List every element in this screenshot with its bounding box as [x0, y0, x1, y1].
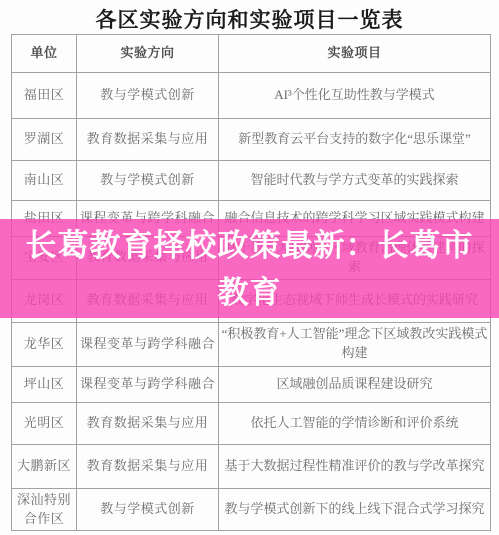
cell-unit: 坪山区: [12, 366, 77, 402]
cell-project: 基于大数据过程性精准评价的教与学改革探究: [219, 444, 491, 488]
table-row: 罗湖区教育数据采集与应用新型教育云平台支持的数字化“思乐课堂”: [12, 119, 491, 161]
cell-unit: 龙华区: [12, 322, 77, 366]
cell-project: 新型教育云平台支持的数字化“思乐课堂”: [219, 119, 491, 161]
cell-unit: 福田区: [12, 73, 77, 119]
cell-project: 依托人工智能的学情诊断和评价系统: [219, 402, 491, 444]
cell-project: AI³个性化互助性教与学模式: [219, 73, 491, 119]
cell-direction: 教育数据采集与应用: [77, 402, 219, 444]
table-row: 深汕特别合作区教与学模式创新教与学模式创新下的线上线下混合式学习探究: [12, 488, 491, 531]
cell-project: 智能时代教与学方式变革的实践探索: [219, 161, 491, 201]
header-unit: 单位: [12, 35, 77, 73]
table-row: 光明区教育数据采集与应用依托人工智能的学情诊断和评价系统: [12, 402, 491, 444]
watermark-line-1: 长葛教育择校政策最新：长葛: [26, 228, 442, 263]
screenshot-root: 各区实验方向和实验项目一览表 单位 实验方向 实验项目 福田区教与学模式创新AI…: [0, 0, 499, 535]
cell-unit: 罗湖区: [12, 119, 77, 161]
cell-direction: 教与学模式创新: [77, 488, 219, 531]
page-title: 各区实验方向和实验项目一览表: [0, 0, 499, 34]
table-row: 福田区教与学模式创新AI³个性化互助性教与学模式: [12, 73, 491, 119]
cell-unit: 大鹏新区: [12, 444, 77, 488]
header-project: 实验项目: [219, 35, 491, 73]
cell-direction: 教育数据采集与应用: [77, 444, 219, 488]
table-row: 大鹏新区教育数据采集与应用基于大数据过程性精准评价的教与学改革探究: [12, 444, 491, 488]
table-row: 坪山区课程变革与跨学科融合区域融创品质课程建设研究: [12, 366, 491, 402]
cell-project: “积极教育+人工智能”理念下区域教改实践模式构建: [219, 322, 491, 366]
cell-direction: 教与学模式创新: [77, 73, 219, 119]
cell-direction: 课程变革与跨学科融合: [77, 322, 219, 366]
cell-unit: 深汕特别合作区: [12, 488, 77, 531]
cell-direction: 课程变革与跨学科融合: [77, 366, 219, 402]
watermark-text: 长葛教育择校政策最新：长葛市教育: [20, 222, 480, 316]
cell-unit: 光明区: [12, 402, 77, 444]
header-direction: 实验方向: [77, 35, 219, 73]
watermark-overlay: 长葛教育择校政策最新：长葛市教育: [0, 219, 499, 318]
cell-unit: 南山区: [12, 161, 77, 201]
table-row: 龙华区课程变革与跨学科融合“积极教育+人工智能”理念下区域教改实践模式构建: [12, 322, 491, 366]
table-header-row: 单位 实验方向 实验项目: [12, 35, 491, 73]
cell-project: 区域融创品质课程建设研究: [219, 366, 491, 402]
table-row: 南山区教与学模式创新智能时代教与学方式变革的实践探索: [12, 161, 491, 201]
cell-direction: 教与学模式创新: [77, 161, 219, 201]
cell-project: 教与学模式创新下的线上线下混合式学习探究: [219, 488, 491, 531]
cell-direction: 教育数据采集与应用: [77, 119, 219, 161]
